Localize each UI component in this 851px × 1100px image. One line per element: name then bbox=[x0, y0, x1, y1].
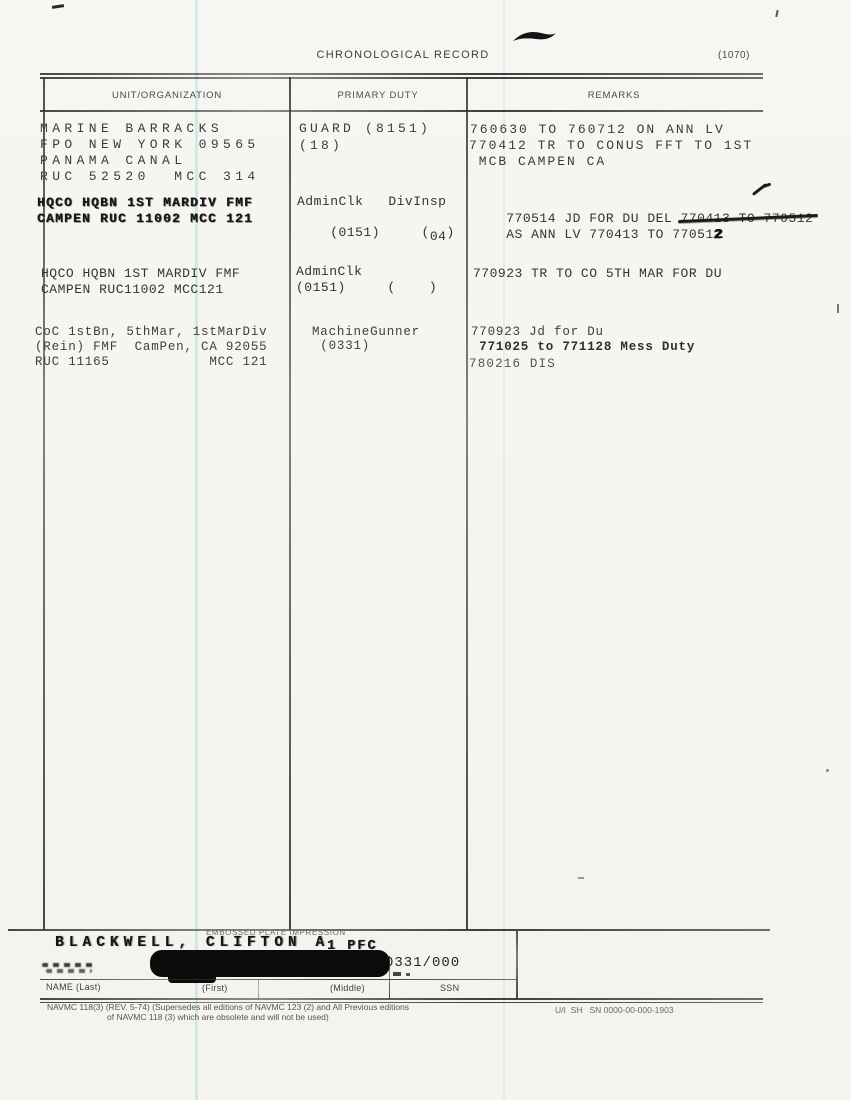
scan-artifact bbox=[837, 304, 839, 313]
entry3-unit-line: HQCO HQBN 1ST MARDIV FMF bbox=[41, 266, 240, 281]
id-box-right-border bbox=[516, 931, 518, 999]
scan-artifact bbox=[578, 877, 584, 879]
scan-artifact bbox=[406, 973, 410, 976]
id-label-rule bbox=[40, 979, 517, 980]
entry4-duty-line: MachineGunner bbox=[312, 325, 420, 339]
column-header-unit: UNIT/ORGANIZATION bbox=[112, 90, 222, 101]
entry4-duty-line: (0331) bbox=[312, 339, 370, 353]
entry2-unit-line: CAMPEN RUC 11002 MCC 121 bbox=[37, 211, 253, 226]
column-header-remarks: REMARKS bbox=[588, 90, 641, 101]
entry4-unit-line: (Rein) FMF CamPen, CA 92055 bbox=[35, 340, 267, 354]
entry2-remarks-line: AS ANN LV 770413 TO 770512 bbox=[473, 212, 723, 258]
entry1-duty-line: GUARD (8151) bbox=[299, 121, 431, 136]
field-label-name-last: NAME (Last) bbox=[46, 982, 101, 992]
pen-mark bbox=[512, 27, 558, 47]
mos-number: 0331/000 bbox=[385, 955, 460, 971]
form-code: (1070) bbox=[718, 50, 750, 61]
entry1-unit-line: RUC 52520 MCC 314 bbox=[40, 169, 260, 184]
entry2-duty-close-paren: ) bbox=[446, 225, 454, 240]
entry3-unit-line: CAMPEN RUC11002 MCC121 bbox=[41, 282, 224, 297]
table-bottom-rule bbox=[8, 929, 770, 931]
entry3-duty-line: AdminClk bbox=[296, 264, 362, 279]
entry1-unit-line: MARINE BARRACKS bbox=[40, 121, 223, 136]
entry4-remarks-line: 780216 DIS bbox=[469, 357, 556, 371]
scan-artifact bbox=[52, 4, 64, 9]
entry1-unit-line: PANAMA CANAL bbox=[40, 153, 186, 168]
entry3-duty-line: (0151) ( ) bbox=[296, 280, 437, 295]
ssn-field-divider bbox=[389, 956, 390, 999]
entry3-remarks-line: 770923 TR TO CO 5TH MAR FOR DU bbox=[473, 266, 722, 281]
entry1-duty-line: (18) bbox=[299, 138, 343, 153]
smudge-mark bbox=[46, 969, 92, 973]
entry2-remarks-line2: AS ANN LV 770413 TO 77051 bbox=[506, 227, 714, 242]
entry2-remarks-overstrike: 2 bbox=[714, 227, 723, 243]
entry2-duty-line: AdminClk DivInsp bbox=[297, 194, 446, 209]
first-field-divider bbox=[258, 980, 259, 999]
column-divider-duty bbox=[289, 77, 291, 930]
entry1-remarks-line: 760630 TO 760712 ON ANN LV bbox=[470, 122, 725, 137]
scan-artifact bbox=[775, 10, 778, 17]
column-header-duty: PRIMARY DUTY bbox=[337, 90, 418, 101]
entry4-unit-line: CoC 1stBn, 5thMar, 1stMarDiv bbox=[35, 325, 267, 339]
column-divider-remarks bbox=[466, 77, 468, 930]
entry4-unit-line: RUC 11165 MCC 121 bbox=[35, 355, 267, 369]
entry1-remarks-line: MCB CAMPEN CA bbox=[469, 154, 606, 169]
table-header-rule bbox=[40, 110, 763, 112]
entry1-remarks-line: 770412 TR TO CONUS FFT TO 1ST bbox=[469, 138, 753, 153]
smudge-mark bbox=[42, 963, 96, 967]
entry1-unit-line: FPO NEW YORK 09565 bbox=[40, 137, 260, 152]
form-footnote-line2: of NAVMC 118 (3) which are obsolete and … bbox=[107, 1012, 329, 1022]
table-top-rule-a bbox=[40, 73, 763, 75]
scan-artifact bbox=[826, 769, 829, 772]
entry4-remarks-line: 771025 to 771128 Mess Duty bbox=[471, 340, 695, 354]
bottom-rule-a bbox=[40, 998, 763, 1000]
table-top-rule-b bbox=[40, 77, 763, 79]
entry2-duty-line: (0151) (04) bbox=[297, 210, 455, 255]
page-title: CHRONOLOGICAL RECORD bbox=[317, 49, 490, 61]
form-footnote-line1: NAVMC 118(3) (REV. 5-74) (Supersedes all… bbox=[47, 1002, 409, 1012]
entry2-duty-mos: (0151) ( bbox=[330, 225, 430, 240]
entry2-unit-line: HQCO HQBN 1ST MARDIV FMF bbox=[37, 195, 253, 210]
service-member-name: BLACKWELL, CLIFTON A bbox=[55, 935, 329, 951]
field-label-first: (First) bbox=[202, 983, 228, 993]
stock-number: U/I SH SN 0000-00-000-1903 bbox=[555, 1005, 674, 1015]
entry4-remarks-line: 770923 Jd for Du bbox=[471, 325, 604, 339]
field-label-ssn: SSN bbox=[440, 983, 459, 993]
field-label-middle: (Middle) bbox=[330, 983, 365, 993]
scan-artifact bbox=[393, 972, 401, 976]
ssn-redaction-box bbox=[352, 953, 388, 976]
scanned-form-page: CHRONOLOGICAL RECORD (1070) UNIT/ORGANIZ… bbox=[0, 0, 851, 1100]
entry2-duty-subscript: 04 bbox=[430, 229, 447, 244]
